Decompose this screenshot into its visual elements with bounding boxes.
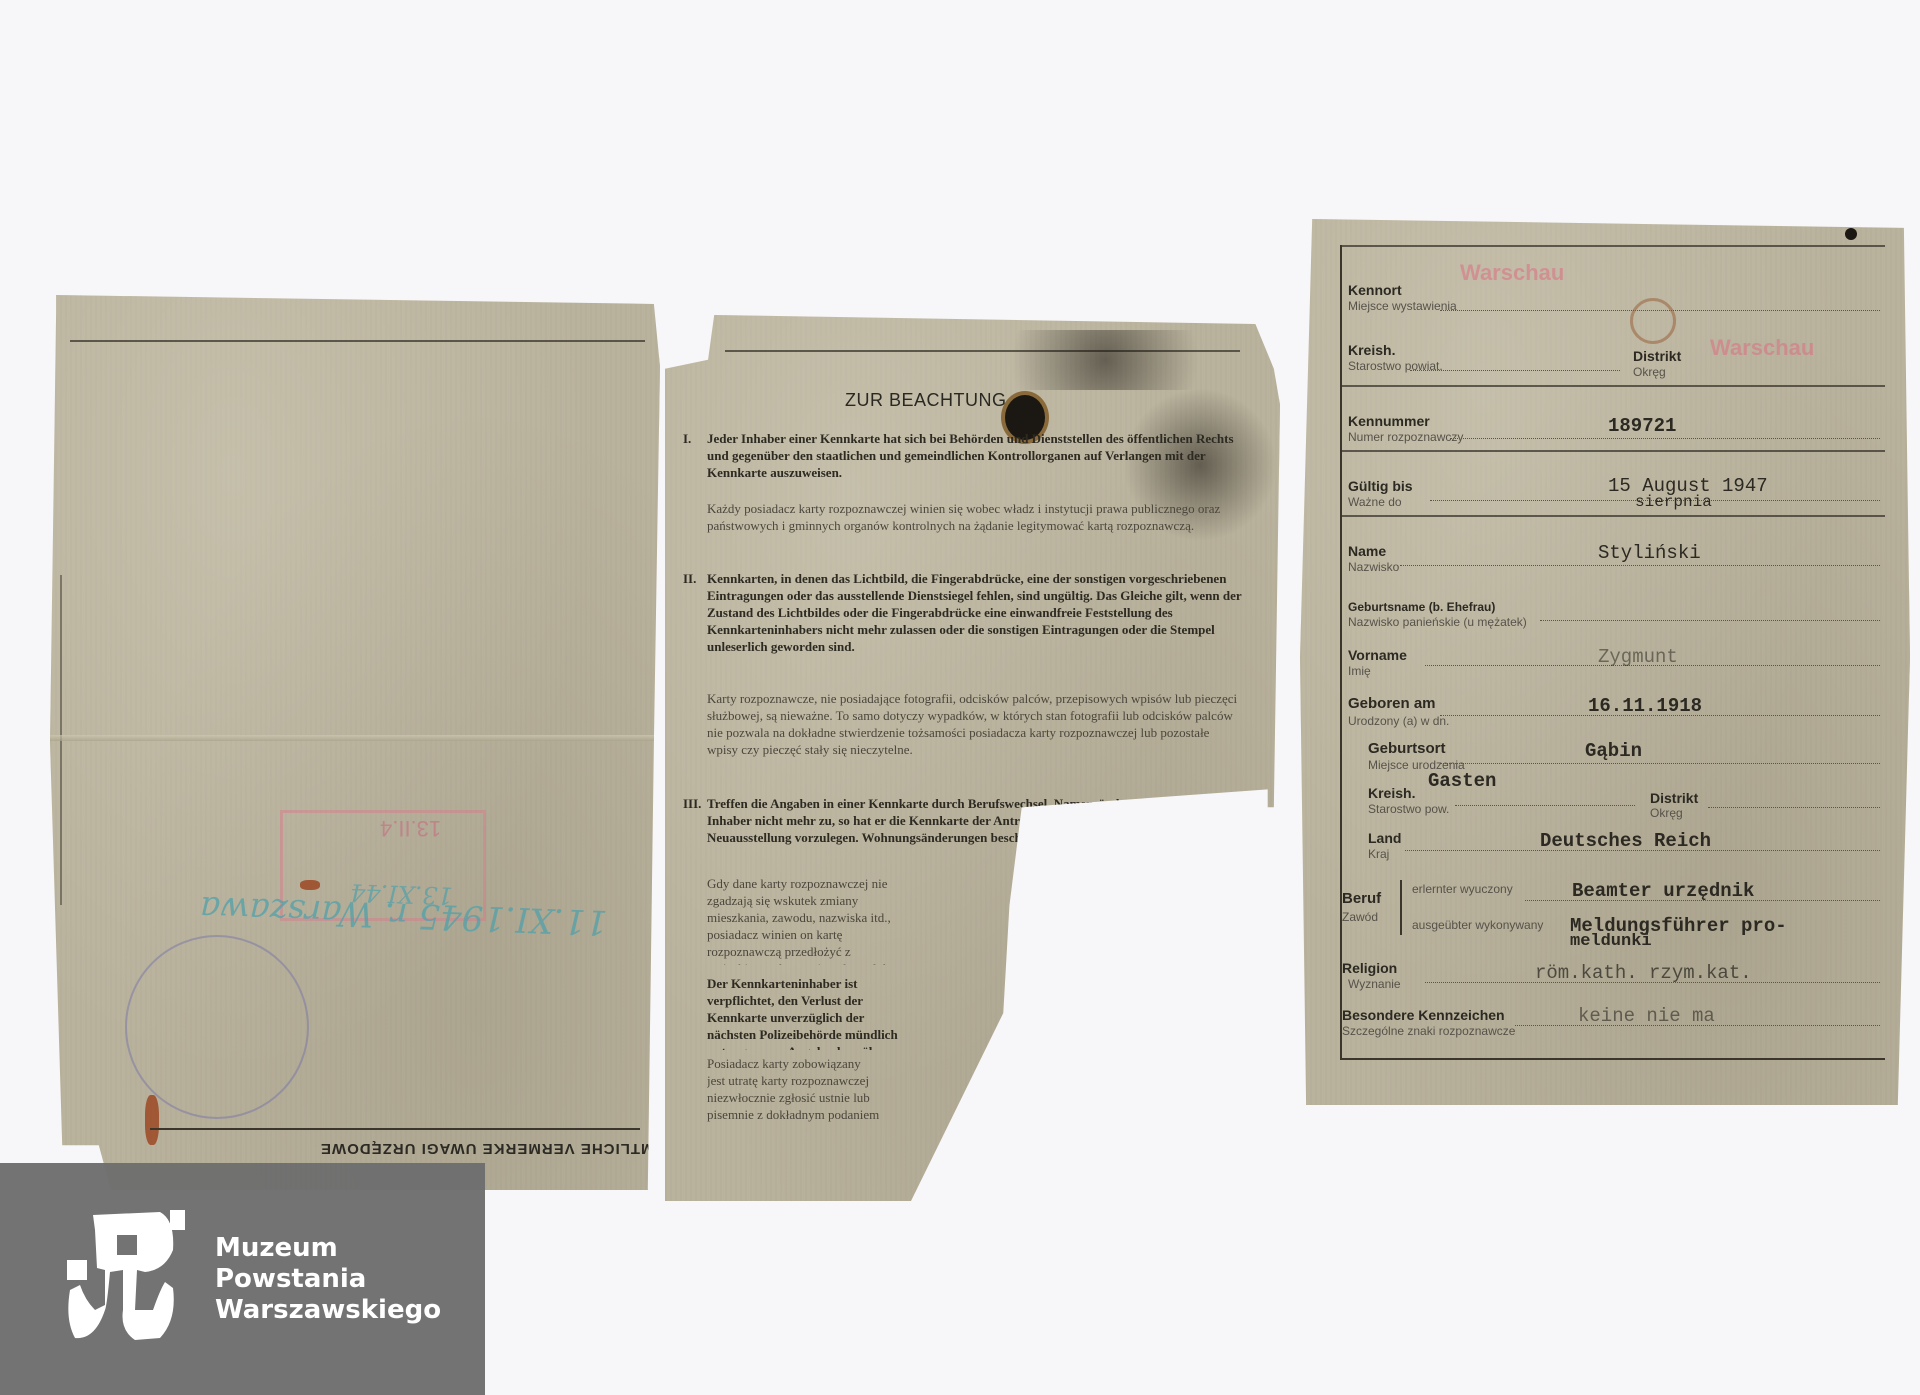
- label-kreish-2-pl: Starostwo pow.: [1368, 802, 1449, 816]
- label-gueltig-pl: Ważne do: [1348, 495, 1402, 509]
- label-geboren: Geboren am: [1348, 695, 1436, 712]
- section-3-de: III.Treffen die Angaben in einer Kennkar…: [707, 795, 1240, 846]
- label-kennzeichen: Besondere Kennzeichen: [1342, 1007, 1505, 1023]
- value-kreish-2: Gasten: [1428, 770, 1496, 792]
- rust-ring: [1630, 298, 1676, 344]
- label-vorname-pl: Imię: [1348, 664, 1371, 678]
- label-beruf: Beruf: [1342, 890, 1381, 907]
- punch-hole: [1845, 228, 1857, 240]
- value-geboren: 16.11.1918: [1588, 695, 1702, 717]
- museum-logo-overlay: Muzeum Powstania Warszawskiego: [0, 1163, 485, 1395]
- fold-crease: [50, 735, 660, 741]
- value-land: Deutsches Reich: [1540, 830, 1711, 852]
- round-stamp: [125, 935, 309, 1119]
- document-instructions-page: ZUR BEACHTUNG I.Jeder Inhaber einer Kenn…: [665, 315, 1280, 1210]
- red-stamp-distrikt: Warschau: [1710, 335, 1814, 361]
- beruf-bracket: [1400, 880, 1402, 935]
- value-ausgeuebter-2: meldunki: [1570, 932, 1652, 951]
- field-line: [1450, 438, 1880, 439]
- field-line: [1540, 620, 1880, 621]
- label-gueltig: Gültig bis: [1348, 478, 1413, 494]
- field-line: [1400, 565, 1880, 566]
- label-kreish-2: Kreish.: [1368, 785, 1415, 801]
- rust-stain: [300, 880, 320, 890]
- label-kreish: Kreish.: [1348, 342, 1395, 358]
- section-3-pl: Gdy dane karty rozpoznawczej nie zgadzaj…: [707, 875, 910, 965]
- label-ausgeuebter: ausgeübter wykonywany: [1412, 918, 1543, 932]
- label-geburtsname: Geburtsname (b. Ehefrau): [1348, 600, 1495, 614]
- field-line: [1455, 805, 1635, 806]
- label-land: Land: [1368, 830, 1401, 846]
- field-line: [1440, 763, 1880, 764]
- label-beruf-pl: Zawód: [1342, 910, 1378, 924]
- label-geboren-pl: Urodzony (a) w dn.: [1348, 714, 1449, 728]
- value-name: Styliński: [1598, 542, 1701, 564]
- label-distrikt-2-pl: Okręg: [1650, 806, 1683, 820]
- value-geburtsort: Gąbin: [1585, 740, 1642, 762]
- value-gueltig-pl: sierpnia: [1635, 493, 1712, 511]
- document-back-cover: 13.II.4 13.XI.44 11.XI.1945 r. Warszawa …: [50, 295, 660, 1190]
- section-1-de: I.Jeder Inhaber einer Kennkarte hat sich…: [707, 430, 1255, 481]
- label-distrikt: Distrikt: [1633, 348, 1681, 364]
- document-identity-page: Warschau Kennort Miejsce wystawienia War…: [1300, 210, 1910, 1105]
- logo-line-2: Powstania: [215, 1264, 441, 1295]
- label-distrikt-2: Distrikt: [1650, 790, 1698, 806]
- section-2-pl: Karty rozpoznawcze, nie posiadające foto…: [707, 690, 1240, 758]
- red-stamp-kennort: Warschau: [1460, 260, 1564, 286]
- field-line: [1410, 370, 1620, 371]
- kotwica-anchor-icon: [65, 1210, 185, 1345]
- value-kennzeichen: keine nie ma: [1578, 1005, 1715, 1027]
- label-vorname: Vorname: [1348, 647, 1407, 663]
- label-geburtsort: Geburtsort: [1368, 740, 1446, 757]
- stamp-note: 13.II.4: [380, 815, 441, 841]
- label-religion-pl: Wyznanie: [1348, 977, 1401, 991]
- label-land-pl: Kraj: [1368, 847, 1389, 861]
- label-name-pl: Nazwisko: [1348, 560, 1399, 574]
- label-religion: Religion: [1342, 960, 1397, 976]
- section-4-pl: Posiadacz karty zobowiązany jest utratę …: [707, 1055, 880, 1127]
- label-kennummer: Kennummer: [1348, 413, 1430, 429]
- label-distrikt-pl: Okręg: [1633, 365, 1666, 379]
- footer-label: AMTLICHE VERMERKE UWAGI URZĘDOWE: [320, 1140, 665, 1157]
- section-1-pl: Każdy posiadacz karty rozpoznawczej wini…: [707, 500, 1255, 534]
- logo-line-3: Warszawskiego: [215, 1295, 441, 1326]
- label-name: Name: [1348, 543, 1386, 559]
- section-2-de: II.Kennkarten, in denen das Lichtbild, d…: [707, 570, 1255, 655]
- label-erlernter: erlernter wyuczony: [1412, 882, 1513, 896]
- museum-name: Muzeum Powstania Warszawskiego: [215, 1233, 441, 1326]
- value-erlernter: Beamter urzędnik: [1572, 880, 1754, 902]
- top-rule: [70, 340, 645, 342]
- value-religion: röm.kath. rzym.kat.: [1535, 962, 1752, 984]
- section-rule: [1340, 450, 1885, 452]
- label-kennummer-pl: Numer rozpoznawczy: [1348, 430, 1463, 444]
- logo-line-1: Muzeum: [215, 1233, 441, 1264]
- instructions-title: ZUR BEACHTUNG: [845, 390, 1007, 411]
- label-geburtsname-pl: Nazwisko panieńskie (u mężatek): [1348, 615, 1527, 629]
- value-vorname: Zygmunt: [1598, 646, 1678, 668]
- section-rule: [1340, 515, 1885, 517]
- label-kennort: Kennort: [1348, 282, 1402, 298]
- handwritten-date: 11.XI.1945 r. Warszawa: [199, 888, 608, 942]
- value-kennummer: 189721: [1608, 415, 1676, 437]
- section-rule: [1340, 385, 1885, 387]
- section-4-de: IV.Der Kennkarteninhaber ist verpflichte…: [707, 975, 910, 1050]
- field-line: [1708, 807, 1880, 808]
- label-kennzeichen-pl: Szczególne znaki rozpoznawcze: [1342, 1024, 1515, 1038]
